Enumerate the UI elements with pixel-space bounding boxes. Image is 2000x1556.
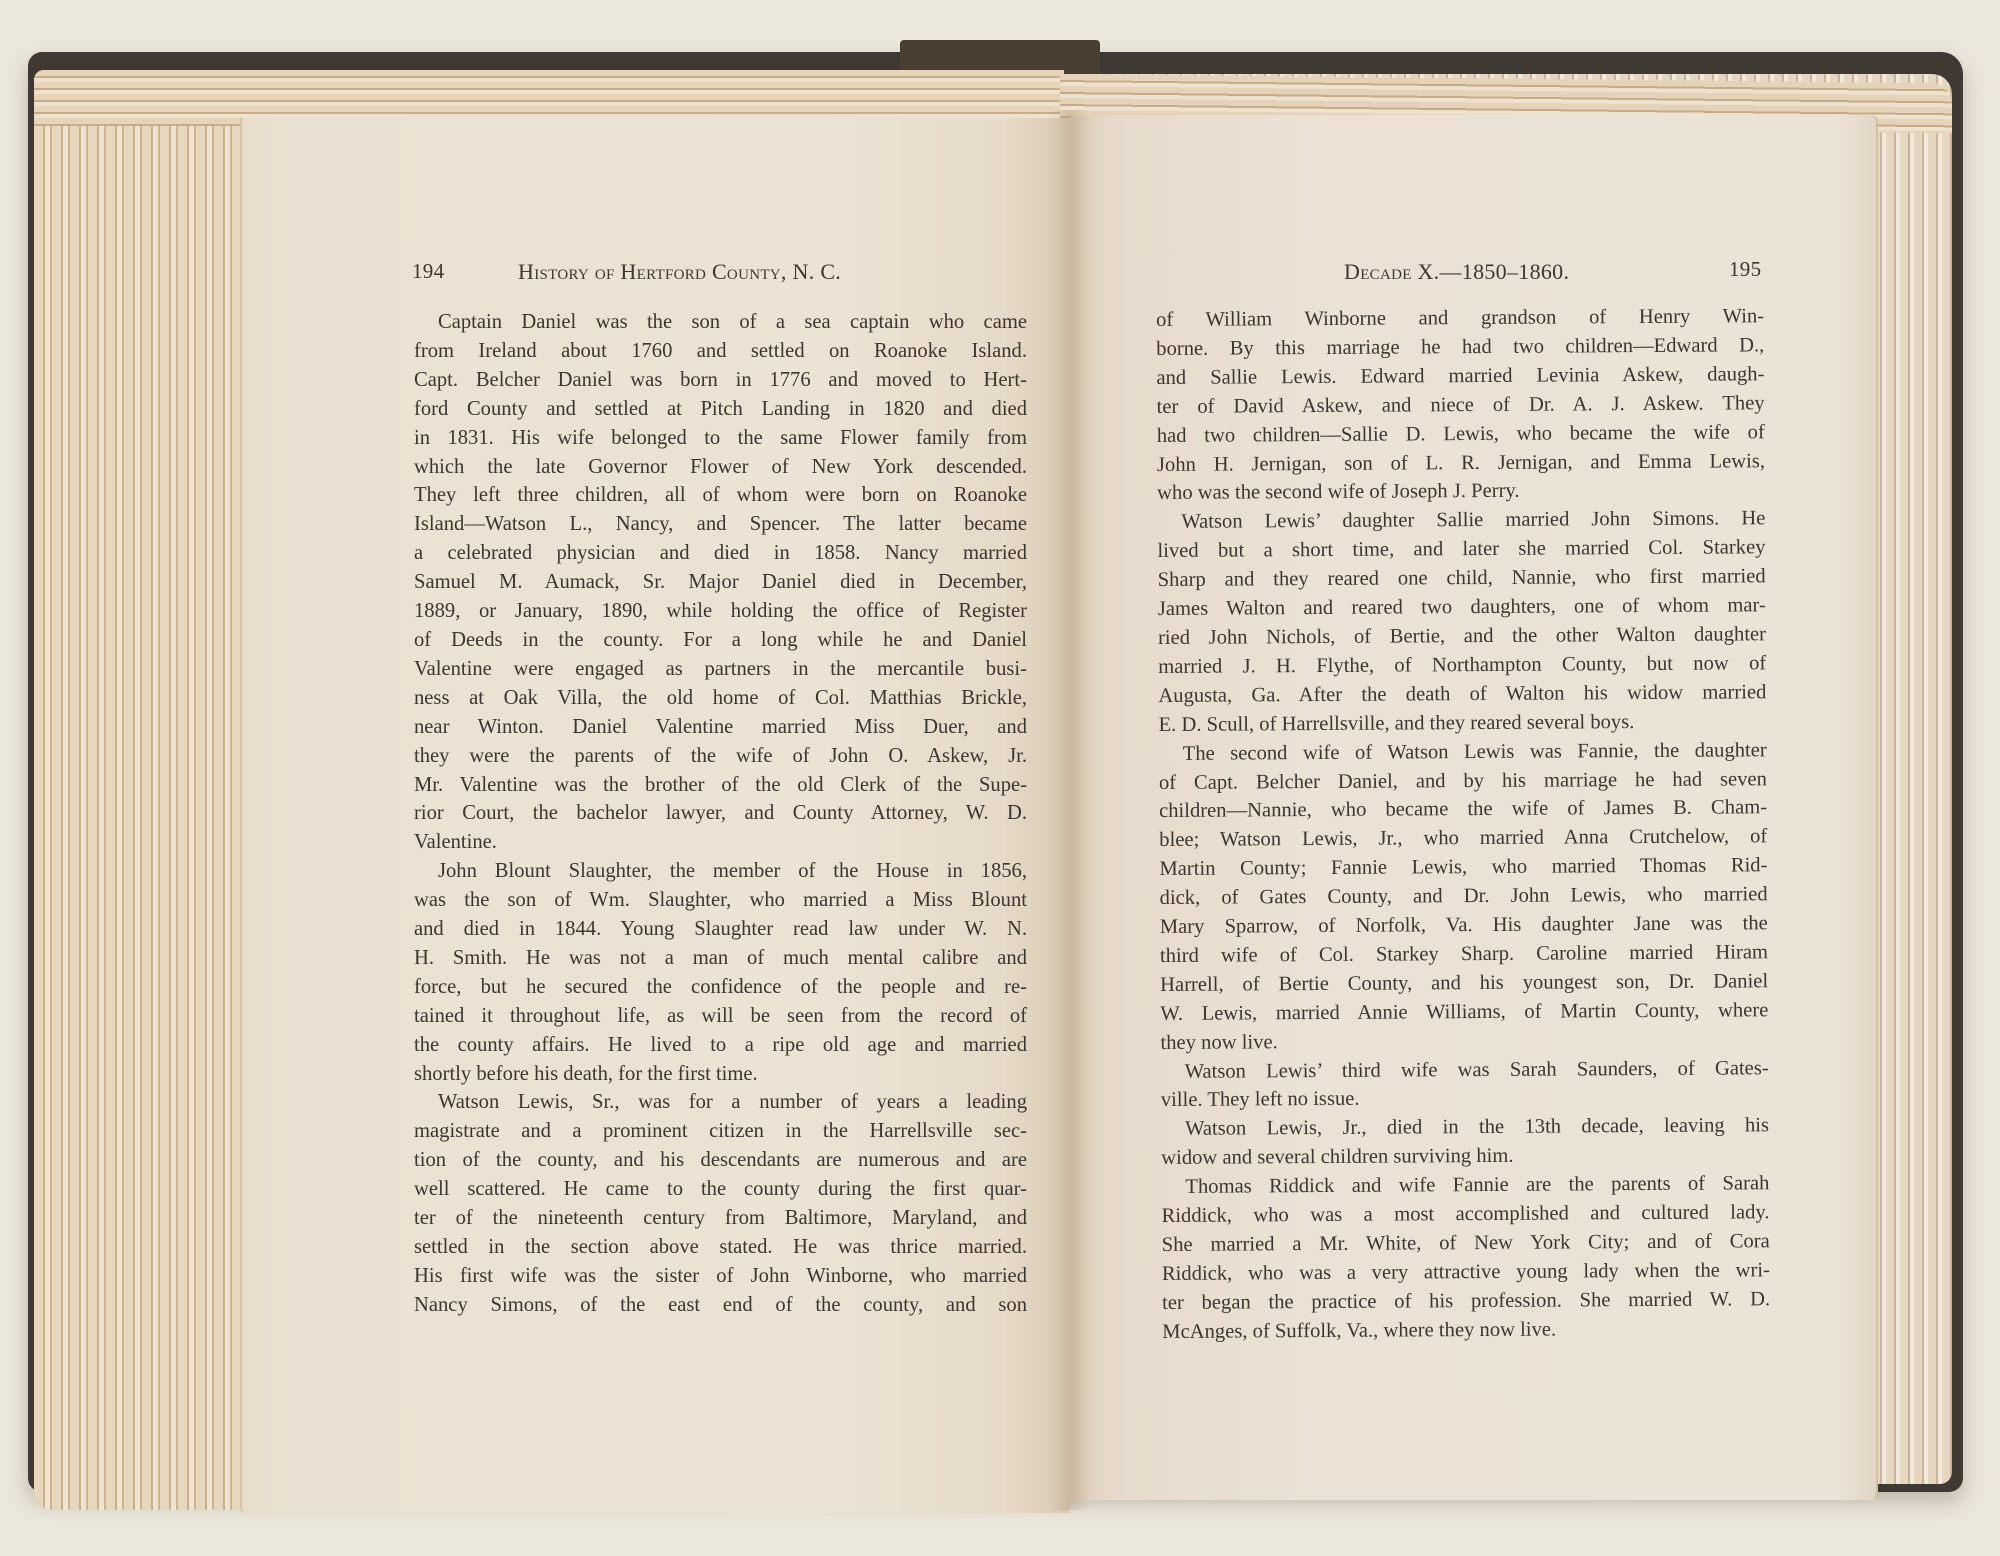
right-running-head: Decade X.—1850–1860. (1344, 259, 1569, 285)
text-line: Mr. Valentine was the brother of the old… (414, 771, 1027, 800)
text-line: His first wife was the sister of John Wi… (414, 1262, 1027, 1291)
text-line: they now live. (1160, 1025, 1768, 1058)
text-line: They left three children, all of whom we… (414, 481, 1027, 510)
text-line: Valentine. (414, 828, 1027, 857)
text-line: children—Nannie, who became the wife of … (1159, 794, 1767, 827)
text-line: Martin County; Fannie Lewis, who married… (1159, 851, 1767, 884)
text-line: Riddick, who was a very attractive young… (1162, 1256, 1770, 1289)
text-line: well scattered. He came to the county du… (414, 1175, 1027, 1204)
text-line: they were the parents of the wife of Joh… (414, 742, 1027, 771)
text-line: who was the second wife of Joseph J. Per… (1157, 476, 1765, 509)
text-line: of William Winborne and grandson of Henr… (1156, 302, 1764, 335)
text-line: a celebrated physician and died in 1858.… (414, 539, 1027, 568)
text-line: which the late Governor Flower of New Yo… (414, 453, 1027, 482)
text-line: H. Smith. He was not a man of much menta… (414, 944, 1027, 973)
text-line: ville. They left no issue. (1161, 1083, 1769, 1116)
text-line: ness at Oak Villa, the old home of Col. … (414, 684, 1027, 713)
text-line: force, but he secured the confidence of … (414, 973, 1027, 1002)
text-line: James Walton and reared two daughters, o… (1158, 591, 1766, 624)
text-line: magistrate and a prominent citizen in th… (414, 1117, 1027, 1146)
text-line: married J. H. Flythe, of Northampton Cou… (1158, 649, 1766, 682)
text-line: near Winton. Daniel Valentine married Mi… (414, 713, 1027, 742)
text-line: Watson Lewis, Jr., died in the 13th deca… (1161, 1112, 1769, 1145)
text-line: had two children—Sallie D. Lewis, who be… (1157, 418, 1765, 451)
text-line: tion of the county, and his descendants … (414, 1146, 1027, 1175)
text-line: was the son of Wm. Slaughter, who marrie… (414, 886, 1027, 915)
right-page-number: 195 (1729, 257, 1761, 282)
right-page-body-text: of William Winborne and grandson of Henr… (1156, 302, 1770, 1346)
text-line: John H. Jernigan, son of L. R. Jernigan,… (1157, 447, 1765, 480)
text-line: John Blount Slaughter, the member of the… (414, 857, 1027, 886)
text-line: Valentine were engaged as partners in th… (414, 655, 1027, 684)
text-line: from Ireland about 1760 and settled on R… (414, 337, 1027, 366)
gutter-shadow (1050, 110, 1090, 1510)
text-line: in 1831. His wife belonged to the same F… (414, 424, 1027, 453)
text-line: and died in 1844. Young Slaughter read l… (414, 915, 1027, 944)
text-line: tained it throughout life, as will be se… (414, 1002, 1027, 1031)
text-line: Nancy Simons, of the east end of the cou… (414, 1291, 1027, 1320)
text-line: ter began the practice of his profession… (1162, 1285, 1770, 1318)
text-line: Watson Lewis’ daughter Sallie married Jo… (1157, 505, 1765, 538)
text-line: She married a Mr. White, of New York Cit… (1162, 1227, 1770, 1260)
text-line: of Capt. Belcher Daniel, and by his marr… (1159, 765, 1767, 798)
left-running-head: History of Hertford County, N. C. (518, 259, 841, 285)
text-line: shortly before his death, for the first … (414, 1060, 1027, 1089)
text-line: Harrell, of Bertie County, and his young… (1160, 967, 1768, 1000)
text-line: borne. By this marriage he had two child… (1156, 331, 1764, 364)
text-line: settled in the section above stated. He … (414, 1233, 1027, 1262)
text-line: blee; Watson Lewis, Jr., who married Ann… (1159, 823, 1767, 856)
text-line: dick, of Gates County, and Dr. John Lewi… (1160, 880, 1768, 913)
text-line: Captain Daniel was the son of a sea capt… (414, 308, 1027, 337)
left-page-body-text: Captain Daniel was the son of a sea capt… (414, 308, 1027, 1320)
text-line: the county affairs. He lived to a ripe o… (414, 1031, 1027, 1060)
text-line: W. Lewis, married Annie Williams, of Mar… (1160, 996, 1768, 1029)
text-line: ried John Nichols, of Bertie, and the ot… (1158, 620, 1766, 653)
text-line: Riddick, who was a most accomplished and… (1161, 1198, 1769, 1231)
text-line: Augusta, Ga. After the death of Walton h… (1158, 678, 1766, 711)
text-line: Watson Lewis, Sr., was for a number of y… (414, 1088, 1027, 1117)
text-line: ter of David Askew, and niece of Dr. A. … (1157, 389, 1765, 422)
text-line: rior Court, the bachelor lawyer, and Cou… (414, 799, 1027, 828)
text-line: ter of the nineteenth century from Balti… (414, 1204, 1027, 1233)
text-line: of Deeds in the county. For a long while… (414, 626, 1027, 655)
text-line: lived but a short time, and later she ma… (1157, 534, 1765, 567)
text-line: The second wife of Watson Lewis was Fann… (1159, 736, 1767, 769)
text-line: Thomas Riddick and wife Fannie are the p… (1161, 1169, 1769, 1202)
text-line: third wife of Col. Starkey Sharp. Caroli… (1160, 938, 1768, 971)
left-page-number: 194 (412, 259, 444, 284)
text-line: McAnges, of Suffolk, Va., where they now… (1162, 1314, 1770, 1347)
text-line: Samuel M. Aumack, Sr. Major Daniel died … (414, 568, 1027, 597)
text-line: Capt. Belcher Daniel was born in 1776 an… (414, 366, 1027, 395)
text-line: Mary Sparrow, of Norfolk, Va. His daught… (1160, 909, 1768, 942)
text-line: 1889, or January, 1890, while holding th… (414, 597, 1027, 626)
text-line: Sharp and they reared one child, Nannie,… (1158, 562, 1766, 595)
text-line: Watson Lewis’ third wife was Sarah Saund… (1161, 1054, 1769, 1087)
text-line: and Sallie Lewis. Edward married Levinia… (1156, 360, 1764, 393)
text-line: Island—Watson L., Nancy, and Spencer. Th… (414, 510, 1027, 539)
text-line: E. D. Scull, of Harrellsville, and they … (1158, 707, 1766, 740)
text-line: widow and several children surviving him… (1161, 1141, 1769, 1174)
text-line: ford County and settled at Pitch Landing… (414, 395, 1027, 424)
